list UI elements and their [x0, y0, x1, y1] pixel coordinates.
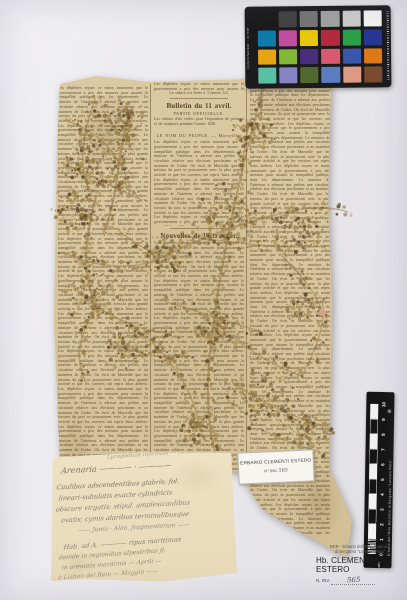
photo-backdrop: Les dépêches reçues ce matin annoncent q… [0, 0, 407, 600]
color-patch [258, 49, 276, 65]
ruler-number: 1 [379, 535, 384, 544]
colorchecker-grid [258, 10, 383, 83]
color-patch [321, 48, 339, 64]
colorchecker-brand-text: colorchecker · x-rite [246, 11, 257, 85]
erbario-label-title: ERBARIO CLEMENTI ESTERO [239, 457, 313, 465]
ruler-cm-block [370, 404, 378, 419]
newspaper-filler-text: Les dépêches reçues ce matin annoncent q… [154, 140, 244, 226]
ruler-number: 5 [380, 475, 385, 484]
newspaper-heading-nouvelles: Nouvelles de l'Étranger. [154, 232, 244, 240]
erbario-inventory-label: ERBARIO CLEMENTI ESTERO N° INV. 565 [237, 449, 314, 484]
colorchecker-card: colorchecker · x-rite [245, 5, 392, 89]
color-patch [342, 29, 360, 45]
newspaper-divider [170, 98, 228, 99]
ruler-cm-block [369, 449, 377, 464]
herbarium-inventory: N. INV. 565 [316, 576, 404, 585]
ruler-number: 10 [381, 400, 386, 409]
color-patch [258, 68, 276, 84]
ruler-cm-block [370, 419, 378, 434]
color-patch [300, 11, 318, 27]
newspaper-divider [170, 228, 228, 229]
color-patch [343, 67, 361, 83]
ruler-number: 2 [379, 520, 384, 529]
color-patch [301, 67, 319, 83]
color-patch [322, 67, 340, 83]
newspaper-session-line: La séance est levée à 3 heures 3/4. [154, 91, 244, 96]
erbario-label-inventory: N° INV. 565 [239, 466, 313, 475]
color-patch [279, 49, 297, 65]
color-patch [321, 30, 339, 46]
newspaper-filler-text: Les dépêches reçues ce matin annoncent q… [154, 241, 244, 470]
color-patch [279, 11, 297, 27]
color-patch [343, 48, 361, 64]
inventory-number: 565 [347, 576, 361, 584]
ruler-number: 4 [380, 490, 385, 499]
herbarium-corner-label: BER - Erbario dell'Orto Botanico di Berg… [316, 544, 404, 585]
newspaper-column-center: Les dépêches reçues ce matin annoncent q… [154, 82, 244, 470]
inventory-prefix: N. INV. [316, 578, 330, 583]
ruler-number: 7 [380, 445, 385, 454]
ruler-number: 9 [381, 415, 386, 424]
ruler-cm-block [369, 464, 377, 479]
color-patch [300, 30, 318, 46]
ruler-cm-block [369, 479, 377, 494]
newspaper-column-left: Les dépêches reçues ce matin annoncent q… [58, 86, 148, 466]
color-patch [279, 30, 297, 46]
ruler-number: 6 [380, 460, 385, 469]
color-patch [258, 11, 276, 27]
ruler-emblem-icon: ✻ [387, 409, 393, 413]
color-patch [364, 48, 382, 64]
color-patch [258, 30, 276, 46]
inventory-number: 565 [278, 467, 288, 473]
ruler-cm-block [368, 524, 376, 539]
color-patch [342, 11, 360, 27]
color-patch [321, 11, 339, 27]
color-patch [364, 67, 382, 83]
color-patch [300, 48, 318, 64]
color-patch [363, 10, 381, 26]
handwritten-line: Arenaria ———— · ———— [61, 461, 172, 476]
herbarium-collection-title: Hb. CLEMENTI ESTERO [316, 556, 404, 574]
ruler-cm-block [368, 509, 376, 524]
handwritten-label: Lycopodium infirmum — (Webbiana)Arenaria… [49, 450, 237, 583]
handwritten-line: —— Junio · Alon. fragmentorum —— [78, 521, 190, 534]
ruler-cm-block [368, 494, 376, 509]
newspaper-column-rule [246, 84, 247, 474]
ruler-number: 8 [381, 430, 386, 439]
ruler-number: 3 [379, 505, 384, 514]
newspaper-column-rule [150, 84, 151, 468]
inventory-prefix: N° INV. [264, 468, 277, 474]
newspaper-subheading-peuple: LE NOM DU PEUPLE. — Marseille. [154, 134, 244, 139]
ruler: 012345678910 cm Erbario dell'Orto Botani… [363, 392, 394, 568]
herbarium-name-line2: di Bergamo "Lorenzo Rota" [316, 549, 404, 554]
color-patch [279, 67, 297, 83]
newspaper-subheading-officielle: PARTIE OFFICIELLE. [154, 112, 244, 117]
newspaper-heading-bulletin: Bulletin du 11 avril. [154, 102, 244, 110]
color-patch [364, 29, 382, 45]
colorchecker-edge-ticks [386, 11, 389, 81]
newspaper-lead-paragraph: Les valeurs d'art créées pour l'expositi… [154, 117, 244, 133]
ruler-cm-block [370, 434, 378, 449]
